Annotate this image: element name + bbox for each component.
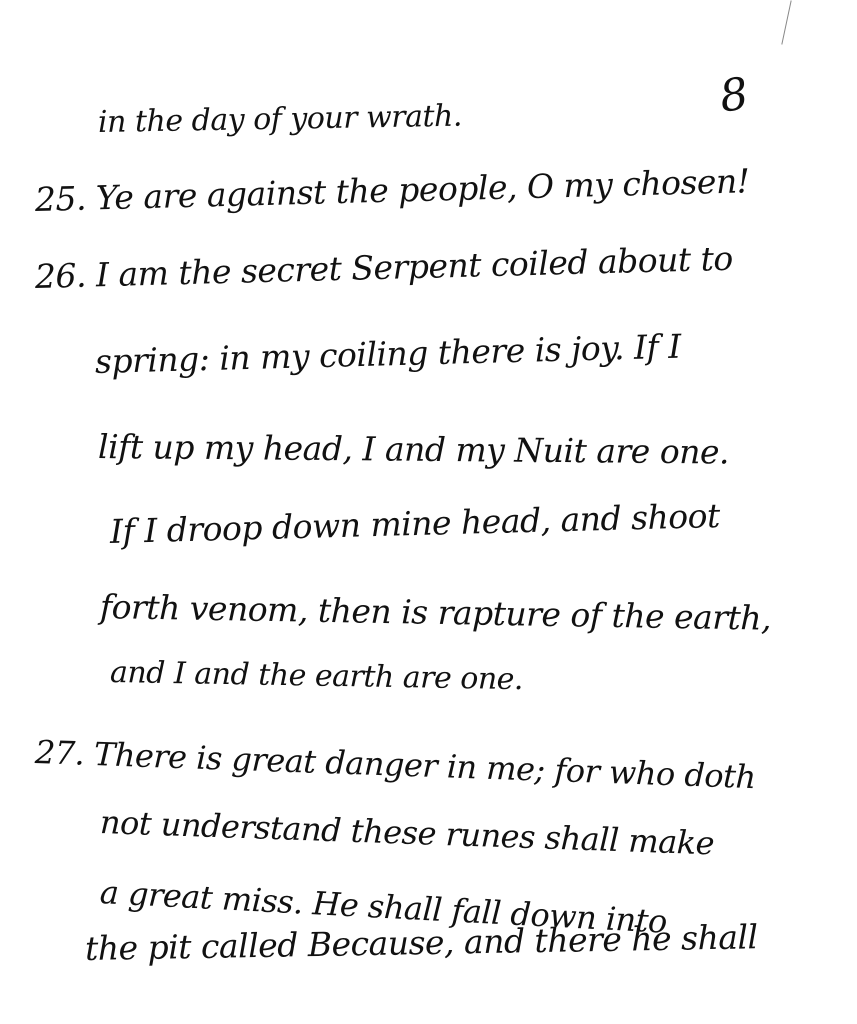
manuscript-line: the pit called Because, and there he sha… — [85, 917, 758, 968]
margin-pencil-mark — [781, 0, 791, 44]
verse-27-line: 27. There is great danger in me; for who… — [34, 733, 756, 796]
manuscript-line: forth venom, then is rapture of the eart… — [100, 587, 772, 638]
manuscript-page: 8 in the day of your wrath. 25. Ye are a… — [0, 0, 857, 1024]
manuscript-line: lift up my head, I and my Nuit are one. — [98, 427, 729, 472]
manuscript-line: in the day of your wrath. — [98, 99, 462, 140]
manuscript-line: and I and the earth are one. — [110, 655, 524, 697]
verse-26-line: 26. I am the secret Serpent coiled about… — [34, 239, 733, 296]
manuscript-line: not understand these runes shall make — [99, 803, 714, 862]
page-number: 8 — [717, 68, 752, 122]
manuscript-line: spring: in my coiling there is joy. If I — [94, 327, 681, 381]
manuscript-line: If I droop down mine head, and shoot — [109, 496, 720, 551]
verse-25-line: 25. Ye are against the people, O my chos… — [34, 161, 749, 219]
